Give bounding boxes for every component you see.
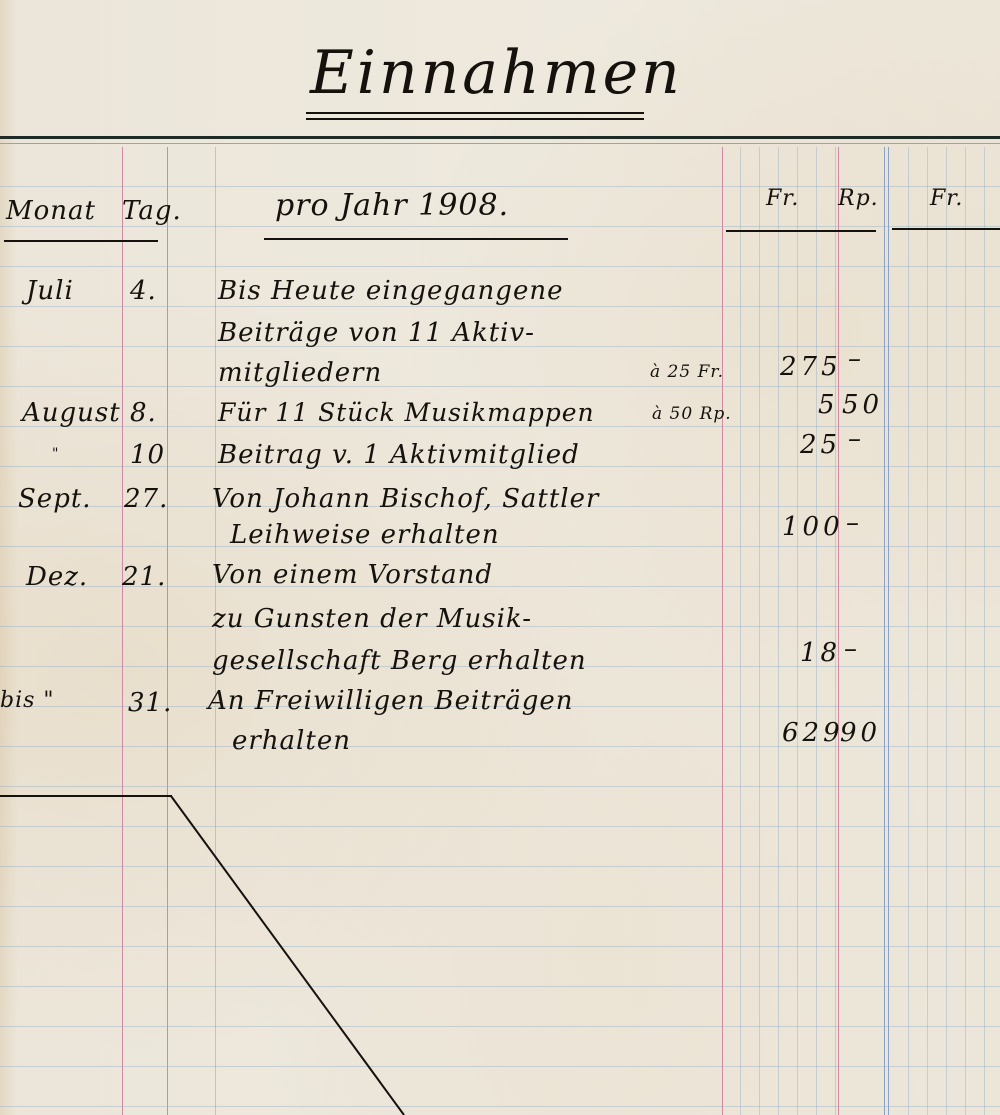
ledger-page: Einnahmen Monat Tag. pro Jahr 1908. Fr. … [0,0,1000,1115]
closing-line-diagonal [0,0,1000,1115]
